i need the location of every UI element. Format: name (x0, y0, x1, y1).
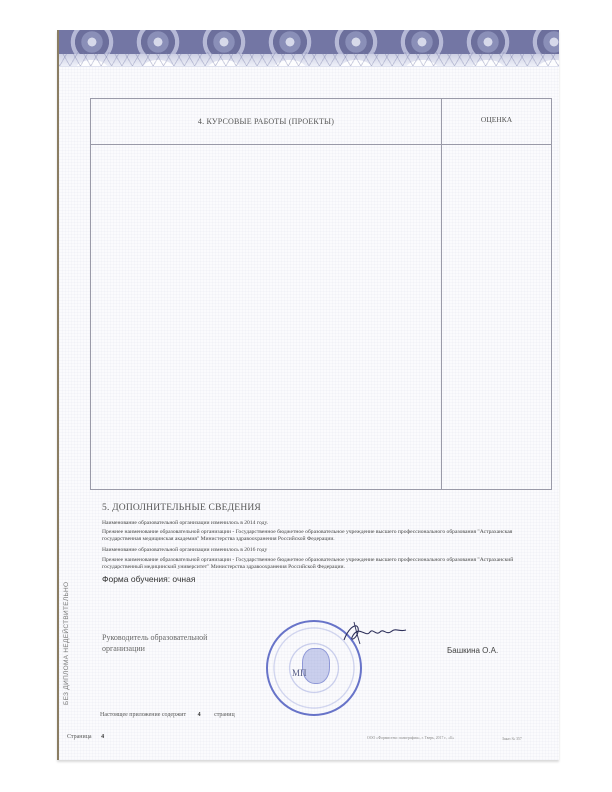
coursework-table-header: 4. КУРСОВЫЕ РАБОТЫ (ПРОЕКТЫ) ОЦЕНКА (91, 99, 551, 145)
study-form: Форма обучения: очная (102, 574, 195, 584)
stamp-place-label: МП (292, 668, 307, 678)
coursework-table: 4. КУРСОВЫЕ РАБОТЫ (ПРОЕКТЫ) ОЦЕНКА (90, 98, 552, 490)
note-former-name-university: Прежнее наименование образовательной орг… (102, 557, 552, 571)
column-header-coursework: 4. КУРСОВЫЕ РАБОТЫ (ПРОЕКТЫ) (91, 117, 441, 126)
note-former-name-academy: Прежнее наименование образовательной орг… (102, 529, 552, 543)
note-rename-2016: Наименование образовательной организации… (102, 547, 552, 554)
column-header-grade: ОЦЕНКА (442, 115, 551, 124)
head-of-organization-label: Руководитель образовательной организации (102, 632, 232, 654)
note-rename-2014: Наименование образовательной организации… (102, 520, 552, 527)
pages-count: 4 (198, 712, 201, 718)
page-number: 4 (101, 734, 104, 740)
printer-info: ООО «Формистекс полиграфия», г. Тверь, 2… (367, 736, 454, 740)
signer-name: Башкина О.А. (447, 646, 498, 655)
section-title-additional-info: 5. ДОПОЛНИТЕЛЬНЫЕ СВЕДЕНИЯ (102, 503, 261, 513)
order-number: Заказ № 357 (502, 737, 522, 741)
pages-prefix: Настоящее приложение содержит (100, 712, 186, 718)
pages-count-line: Настоящее приложение содержит 4 страниц (100, 712, 235, 718)
coat-of-arms-icon (302, 648, 330, 684)
side-warning-text: БЕЗ ДИПЛОМА НЕДЕЙСТВИТЕЛЬНО (63, 582, 70, 705)
pages-suffix: страниц (214, 712, 235, 718)
signature-icon (340, 618, 410, 648)
column-divider (441, 99, 442, 489)
security-guilloche-band (59, 30, 559, 67)
page-label: Страница (67, 734, 92, 740)
page-number-line: Страница 4 (67, 734, 104, 740)
